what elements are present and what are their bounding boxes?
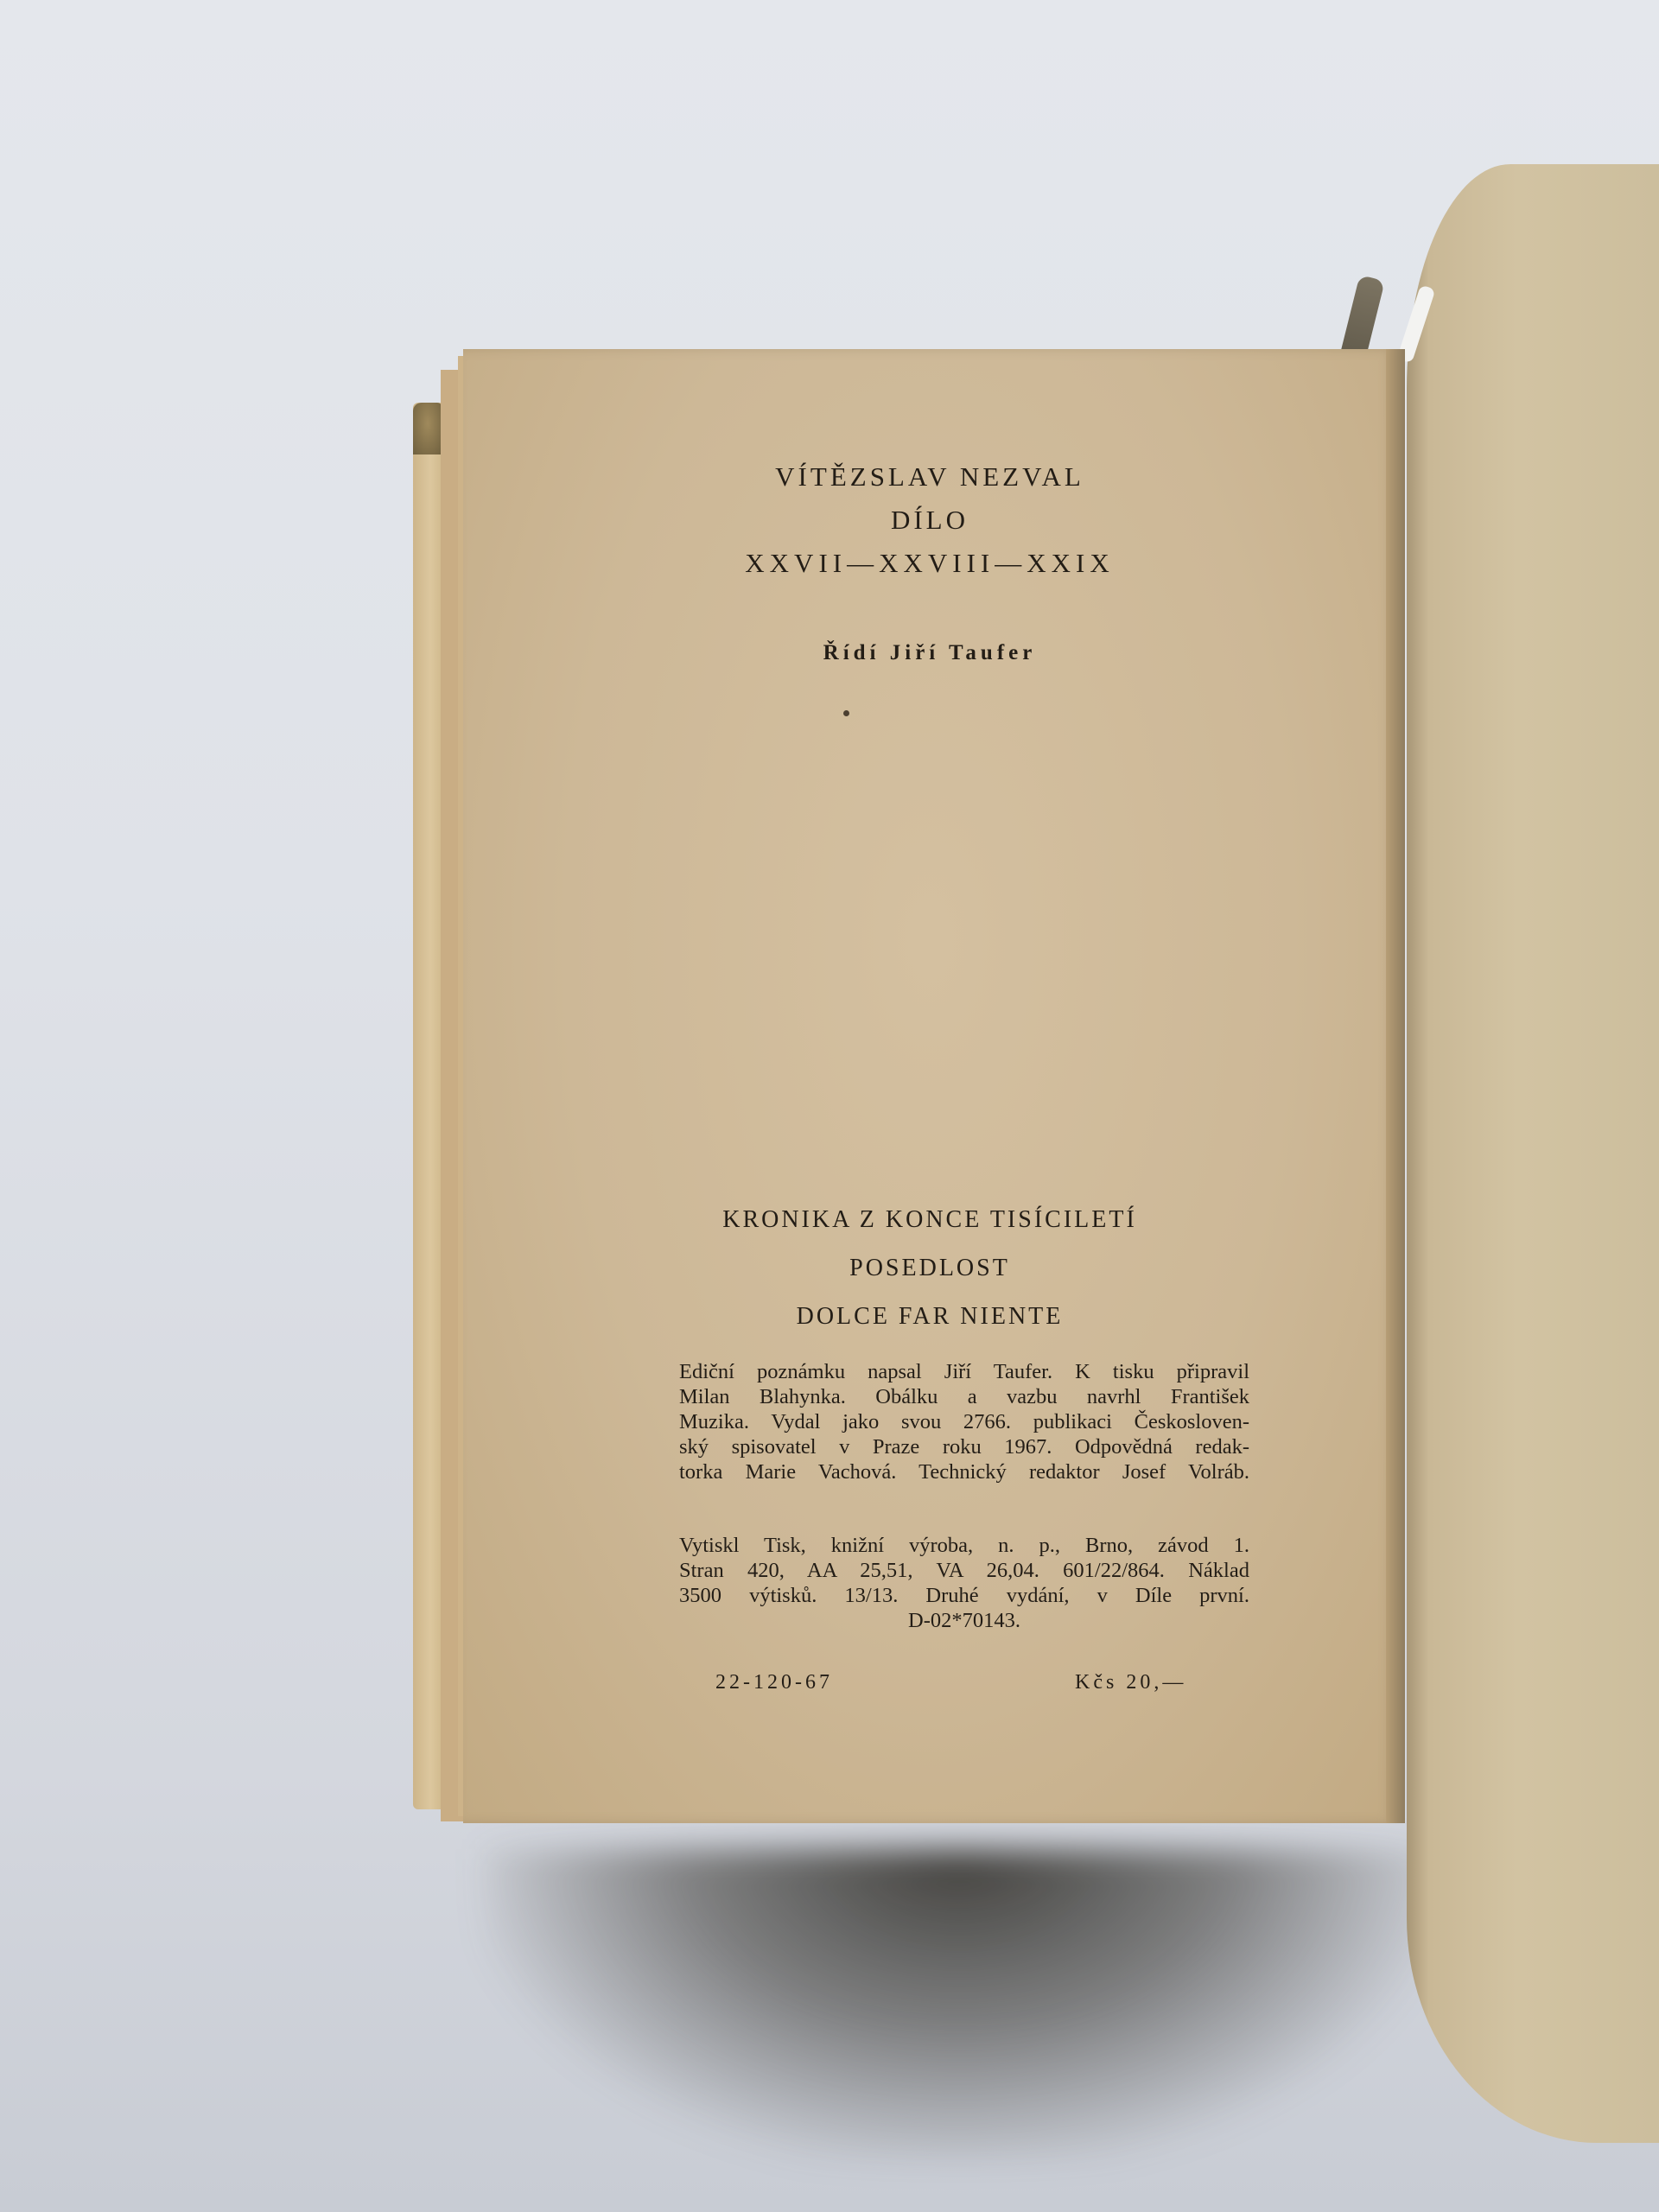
colophon-line: D-02*70143. [679, 1608, 1249, 1633]
colophon-line: torka Marie Vachová. Technický redaktor … [679, 1459, 1249, 1484]
colophon-line: 3500 výtisků. 13/13. Druhé vydání, v Díl… [679, 1583, 1249, 1608]
series-editor: Řídí Jiří Taufer [463, 641, 1396, 665]
colophon-line: Milan Blahynka. Obálku a vazbu navrhl Fr… [679, 1384, 1249, 1409]
author-name: VÍTĚZSLAV NEZVAL [463, 461, 1396, 493]
work-title: DOLCE FAR NIENTE [463, 1303, 1396, 1331]
series-title: DÍLO [463, 505, 1396, 536]
colophon-line: Ediční poznámku napsal Jiří Taufer. K ti… [679, 1359, 1249, 1384]
colophon-editorial: Ediční poznámku napsal Jiří Taufer. K ti… [679, 1359, 1249, 1484]
spine-headband [413, 403, 442, 454]
facing-page [1407, 164, 1659, 2143]
catalog-number: 22-120-67 [715, 1671, 833, 1694]
work-title: KRONIKA Z KONCE TISÍCILETÍ [463, 1206, 1396, 1234]
colophon-printing: Vytiskl Tisk, knižní výroba, n. p., Brno… [679, 1533, 1249, 1633]
book-shadow [484, 1849, 1434, 2160]
colophon-line: Stran 420, AA 25,51, VA 26,04. 601/22/86… [679, 1558, 1249, 1583]
colophon-line: Muzika. Vydal jako svou 2766. publikaci … [679, 1409, 1249, 1434]
colophon-line: ský spisovatel v Praze roku 1967. Odpově… [679, 1434, 1249, 1459]
work-title: POSEDLOST [463, 1255, 1396, 1282]
ornament-dot [843, 710, 849, 716]
colophon-line: Vytiskl Tisk, knižní výroba, n. p., Brno… [679, 1533, 1249, 1558]
volume-numbers: XXVII—XXVIII—XXIX [463, 548, 1396, 579]
price: Kčs 20,— [1075, 1671, 1186, 1694]
